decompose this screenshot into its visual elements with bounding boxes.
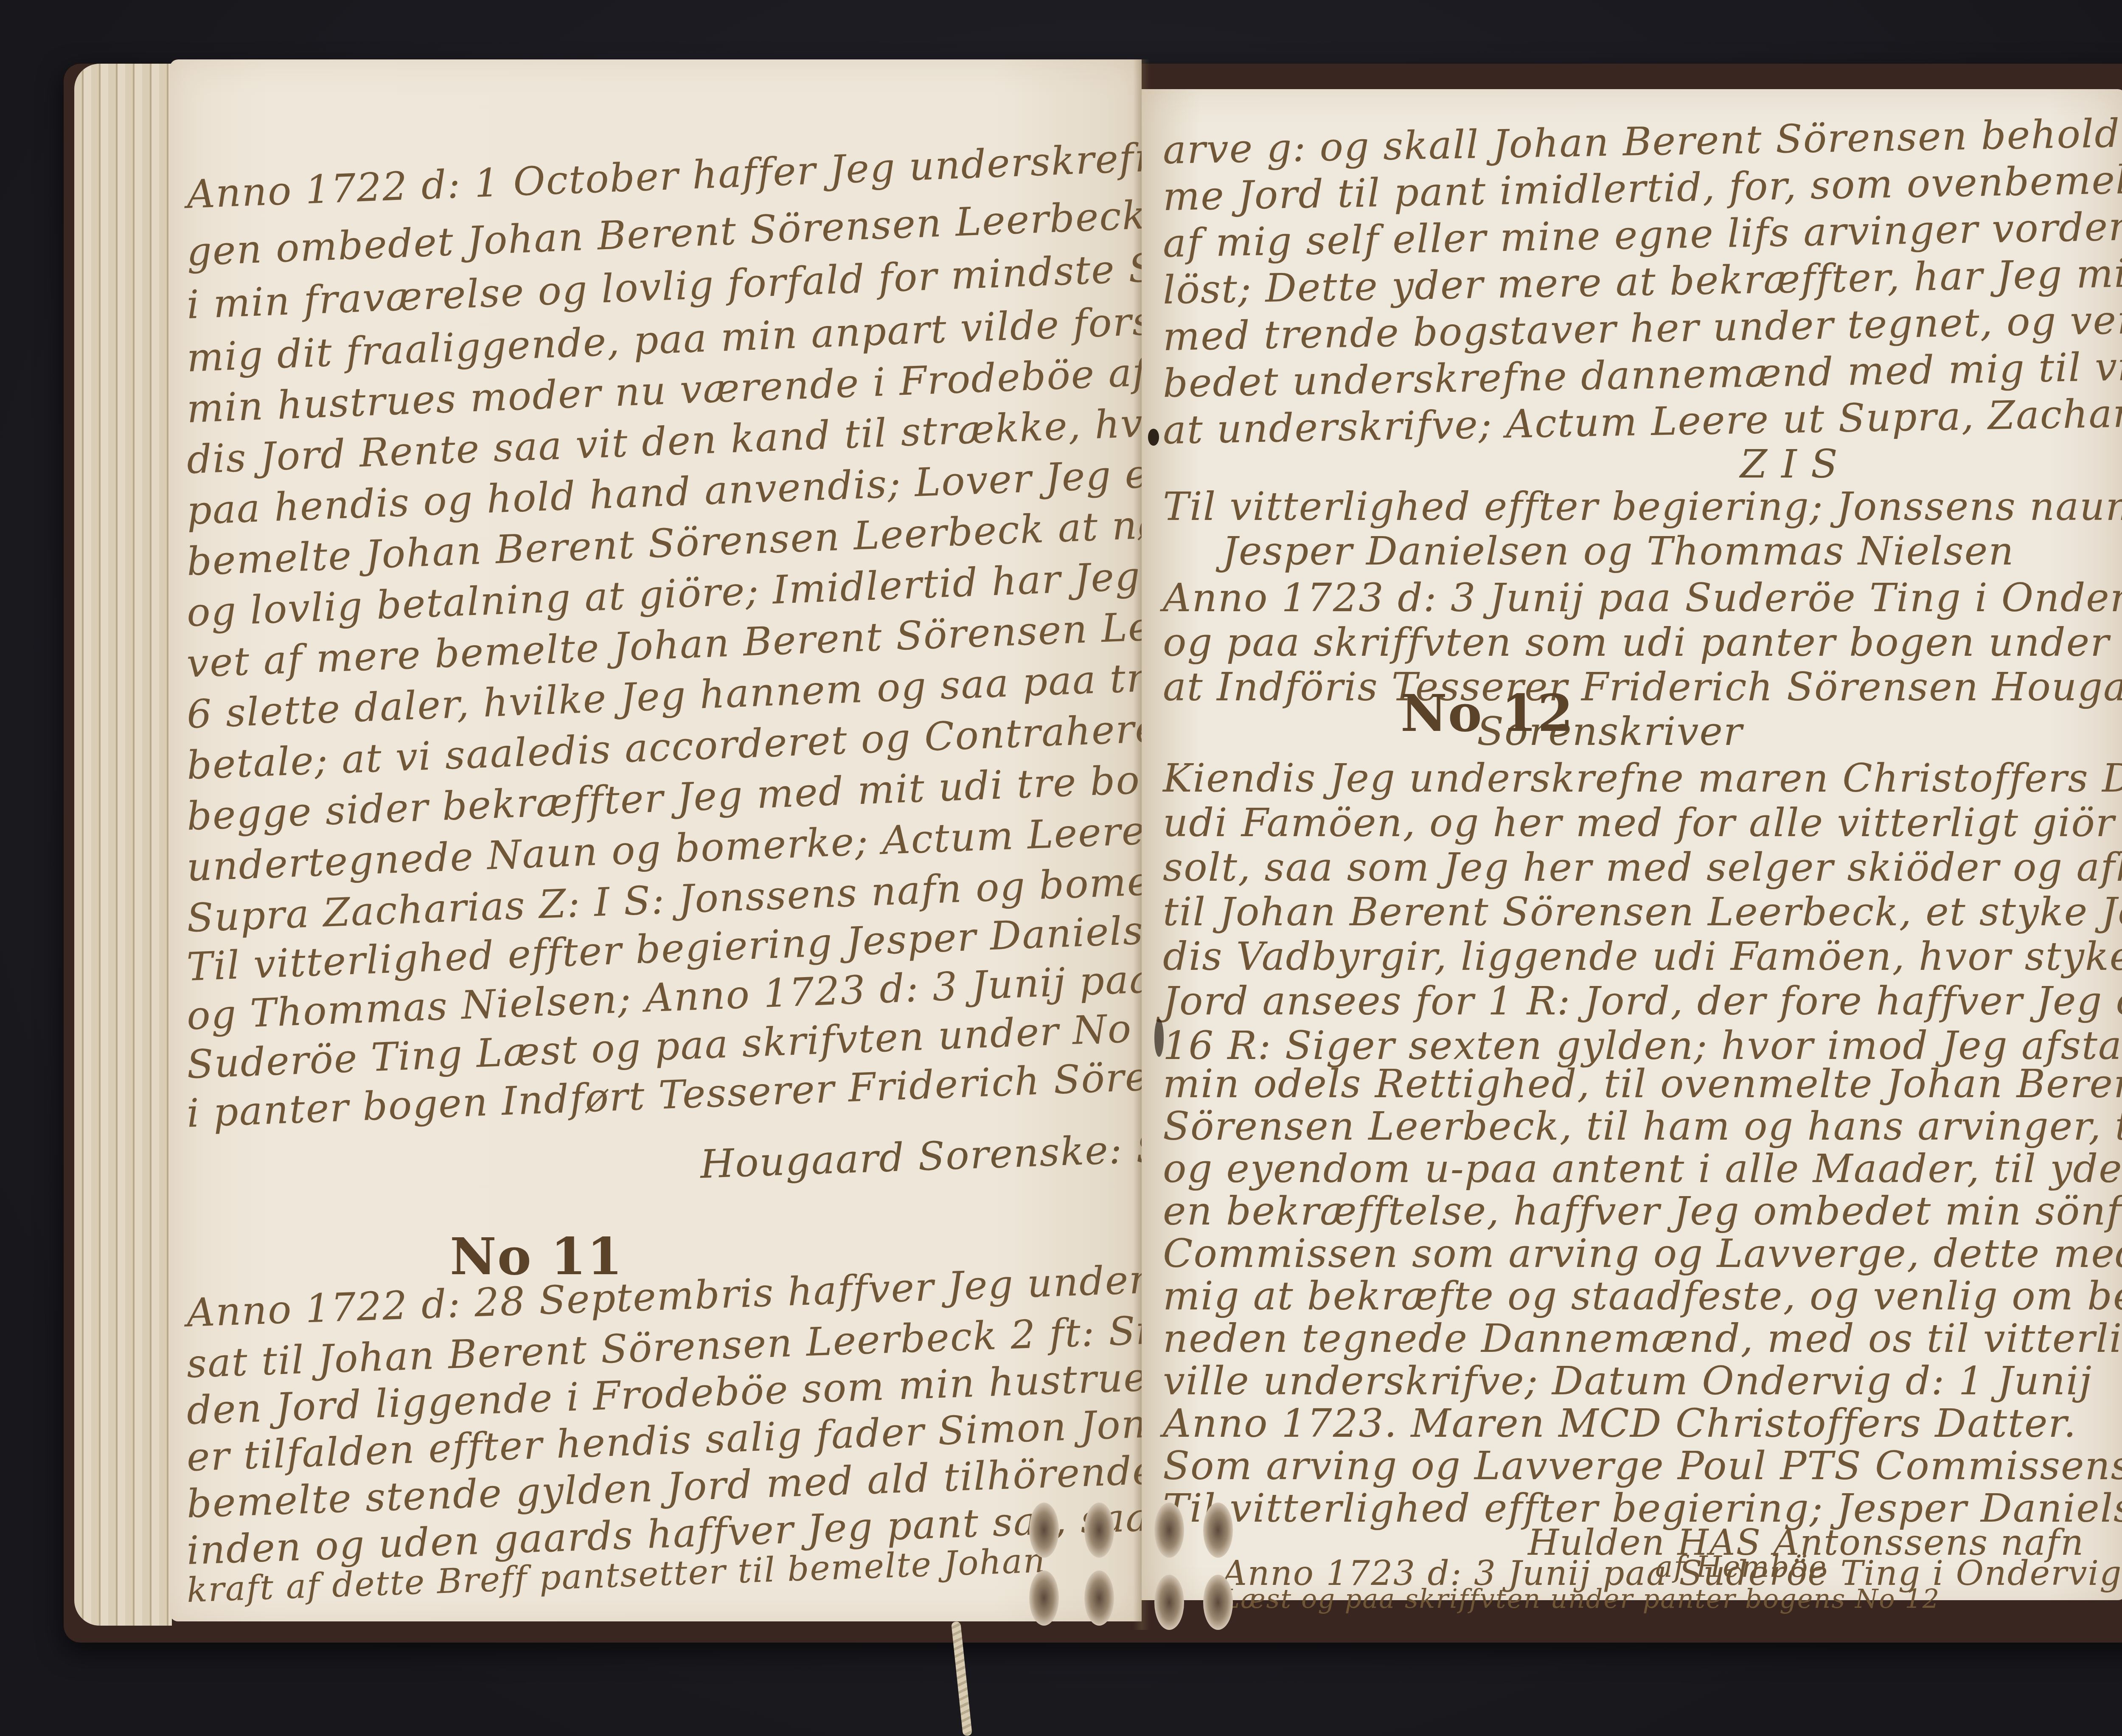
text-line: at Indföris Tesserer Friderich Sörensen … [1163,664,2122,710]
text-line: neden tegnede Dannemænd, med os til vitt… [1163,1316,2122,1361]
text-line: en bekræfftelse, haffver Jeg ombedet min… [1163,1188,2122,1234]
binding-hole [1203,1503,1233,1558]
page-edges-left [74,64,172,1626]
text-line: og paa skriffvten som udi panter bogen u… [1163,620,2122,665]
binding-hole [1029,1503,1059,1558]
binding-hole [1084,1570,1114,1626]
ink-blot [1154,1019,1164,1057]
text-line: Tesserer Friderich Sörensen Hougaard Sor… [1222,1570,1275,1571]
text-line: Kiendis Jeg underskrefne maren Christoff… [1163,756,2122,801]
text-line: mig at bekræfte og staadfeste, og venlig… [1163,1273,2122,1319]
binding-hole [1084,1503,1114,1558]
text-line: min odels Rettighed, til ovenmelte Johan… [1163,1061,2122,1107]
text-line: Anno 1723 d: 3 Junij paa Suderöe Ting i … [1163,575,2122,621]
binding-hole [1203,1575,1233,1630]
text-line: Sörensen Leerbeck, til ham og hans arvin… [1163,1104,2122,1149]
text-line: Jord ansees for 1 R: Jord, der fore haff… [1163,978,2122,1024]
text-line: til Johan Berent Sörensen Leerbeck, et s… [1163,889,2122,935]
text-line: Som arving og Lavverge Poul PTS Commisse… [1163,1443,2122,1489]
signature-mark: Z I S [1740,441,1839,487]
text-line: dis Vadbyrgir, liggende udi Famöen, hvor… [1163,934,2122,979]
text-line: Læst og paa skriffvten under panter boge… [1222,1583,1940,1614]
binding-hole [1029,1570,1059,1626]
text-line: Jesper Danielsen og Thommas Nielsen [1222,528,2014,574]
text-line: Anno 1723. Maren MCD Christoffers Datter… [1163,1401,2077,1446]
binding-hole [1154,1503,1184,1558]
ink-blot [1148,429,1159,446]
binding-hole [1154,1575,1184,1630]
entry-number-12: No 12 [1401,683,1574,743]
text-line: udi Famöen, og her med for alle vitterli… [1163,800,2122,846]
text-line: ville underskrifve; Datum Ondervig d: 1 … [1163,1358,2092,1404]
text-line: Commissen som arving og Lavverge, dette … [1163,1231,2122,1276]
text-line: solt, saa som Jeg her med selger skiöder… [1163,845,2122,890]
text-line: og eyendom u-paa antent i alle Maader, t… [1163,1146,2122,1191]
text-line: skall den med om gaaes effter Lovens pag… [187,1596,243,1596]
text-line: Til vitterlighed effter begiering; Jonss… [1163,484,2122,529]
